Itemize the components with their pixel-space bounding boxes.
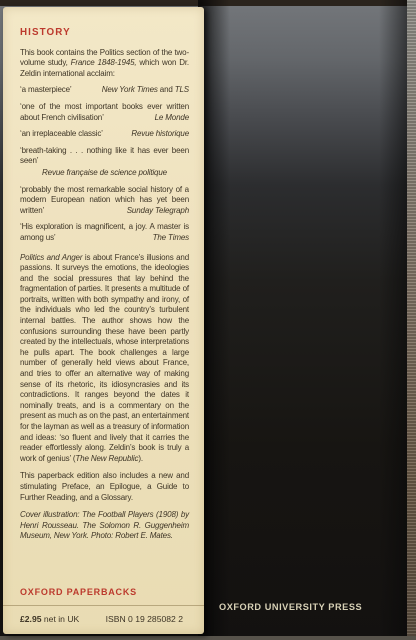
quote-text: ‘breath-taking . . . nothing like it has…	[20, 146, 189, 166]
price-label: £2.95 net in UK	[20, 614, 79, 625]
book-back-cover-photo: HISTORY This book contains the Politics …	[0, 0, 416, 640]
description-paragraph: Politics and Anger is about France’s ill…	[20, 253, 189, 465]
book-pages-edge	[407, 0, 416, 640]
quote-source: Le Monde	[155, 113, 189, 124]
quote-text: ‘an irreplaceable classic’	[20, 129, 103, 138]
price-row: £2.95 net in UK ISBN 0 19 285082 2	[20, 614, 189, 625]
quote-source: The Times	[153, 233, 189, 244]
imprint-label: OXFORD PAPERBACKS	[20, 587, 189, 598]
review-quote: ‘breath-taking . . . nothing like it has…	[20, 146, 189, 179]
intro-paragraph: This book contains the Politics section …	[20, 48, 189, 80]
cover-credit: Cover illustration: The Football Players…	[20, 510, 189, 542]
category-heading: HISTORY	[20, 28, 189, 39]
paperback-note: This paperback edition also includes a n…	[20, 471, 189, 503]
blurb-label: HISTORY This book contains the Politics …	[3, 7, 204, 634]
quote-source: Revue historique	[131, 129, 189, 140]
review-quote: ‘a masterpiece’ New York Times and TLS	[20, 85, 189, 96]
review-quote: ‘probably the most remarkable social his…	[20, 185, 189, 217]
publisher-label: OXFORD UNIVERSITY PRESS	[219, 602, 362, 612]
quote-source: New York Times and TLS	[102, 85, 189, 96]
isbn-label: ISBN 0 19 285082 2	[106, 614, 183, 625]
review-quote: ‘His exploration is magnificent, a joy. …	[20, 222, 189, 243]
review-quote: ‘one of the most important books ever wr…	[20, 102, 189, 123]
review-quote: ‘an irreplaceable classic’ Revue histori…	[20, 129, 189, 140]
divider-rule	[3, 605, 204, 606]
cover-right-shade	[379, 0, 407, 640]
quote-text: ‘a masterpiece’	[20, 85, 72, 94]
background-table-edge	[0, 636, 416, 640]
quote-source: Sunday Telegraph	[127, 206, 189, 217]
label-footer: OXFORD PAPERBACKS £2.95 net in UK ISBN 0…	[20, 587, 189, 625]
quote-source: Revue française de science politique	[20, 168, 189, 179]
